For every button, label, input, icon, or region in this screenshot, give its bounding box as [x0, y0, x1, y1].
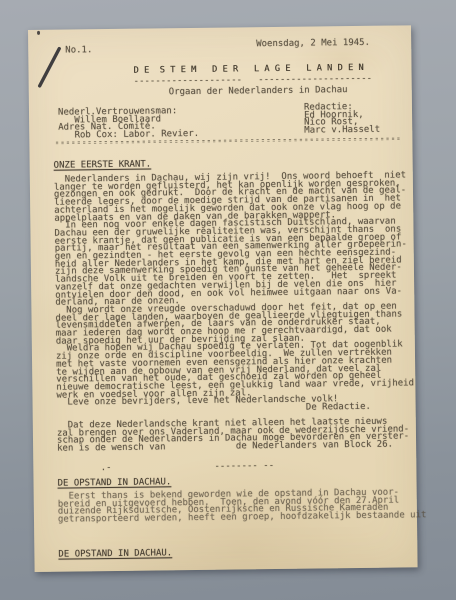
ink-speck [37, 31, 40, 35]
newspaper-subtitle: Orgaan der Nederlanders in Dachau [169, 87, 348, 97]
article-1-heading: ONZE EERSTE KRANT. [54, 162, 152, 171]
section-divider: .- -------- -- [57, 463, 274, 473]
article-2-body: Eerst thans is bekend geworden wie de op… [58, 489, 427, 524]
document-page: No.1. Woensdag, 2 Mei 1945. D E S T E M … [28, 25, 418, 572]
date-line: Woensdag, 2 Mei 1945. [256, 40, 370, 49]
photo-background: No.1. Woensdag, 2 Mei 1945. D E S T E M … [0, 0, 456, 600]
article-1-body: Nederlanders in Dachau, wij zijn vrij! O… [54, 172, 415, 415]
note-paragraph: Dat deze Nederlandsche krant niet alleen… [57, 418, 410, 453]
editorial-staff-block: Redactie: Ed Hoornik, Nico Rost, Marc v.… [304, 104, 380, 136]
header-rule: ----------------------------------------… [54, 135, 401, 147]
issue-number: No.1. [65, 47, 92, 55]
article-2-heading-repeat: DE OPSTAND IN DACHAU. [58, 550, 172, 559]
article-2-heading: DE OPSTAND IN DACHAU. [58, 479, 172, 488]
